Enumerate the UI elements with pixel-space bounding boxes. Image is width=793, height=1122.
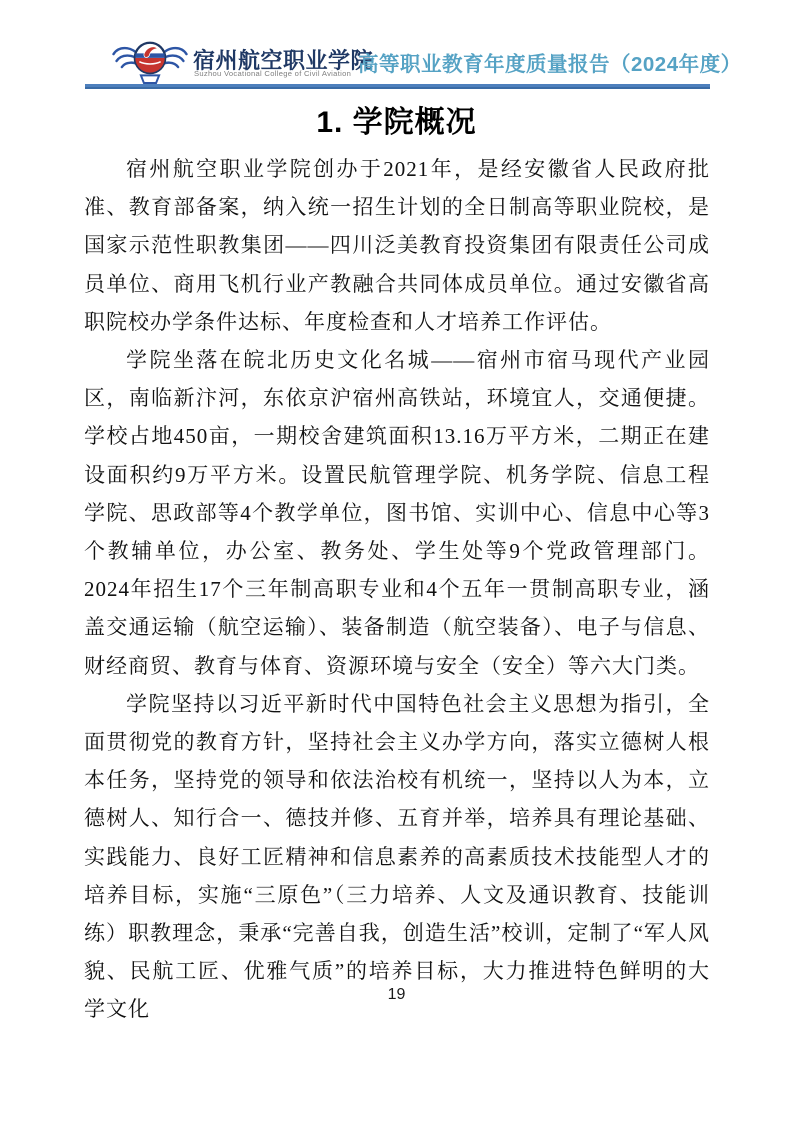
paragraph-1: 宿州航空职业学院创办于2021年，是经安徽省人民政府批准、教育部备案，纳入统一招…: [84, 150, 710, 341]
paragraph-3: 学院坚持以习近平新时代中国特色社会主义思想为指引，全面贯彻党的教育方针，坚持社会…: [84, 685, 710, 1029]
page-header: 宿州航空职业学院 Suzhou Vocational College of Ci…: [0, 0, 793, 95]
document-page: 宿州航空职业学院 Suzhou Vocational College of Ci…: [0, 0, 793, 1122]
page-number: 19: [0, 986, 793, 1004]
header-divider-bar: [85, 84, 710, 89]
section-title: 1. 学院概况: [0, 97, 793, 141]
college-name-english: Suzhou Vocational College of Civil Aviat…: [194, 69, 351, 78]
document-body: 宿州航空职业学院创办于2021年，是经安徽省人民政府批准、教育部备案，纳入统一招…: [84, 150, 710, 1029]
report-title: 高等职业教育年度质量报告（2024年度）: [358, 47, 742, 77]
paragraph-2: 学院坐落在皖北历史文化名城——宿州市宿马现代产业园区，南临新汴河，东依京沪宿州高…: [84, 341, 710, 685]
college-logo-winged-emblem-icon: [112, 37, 188, 91]
